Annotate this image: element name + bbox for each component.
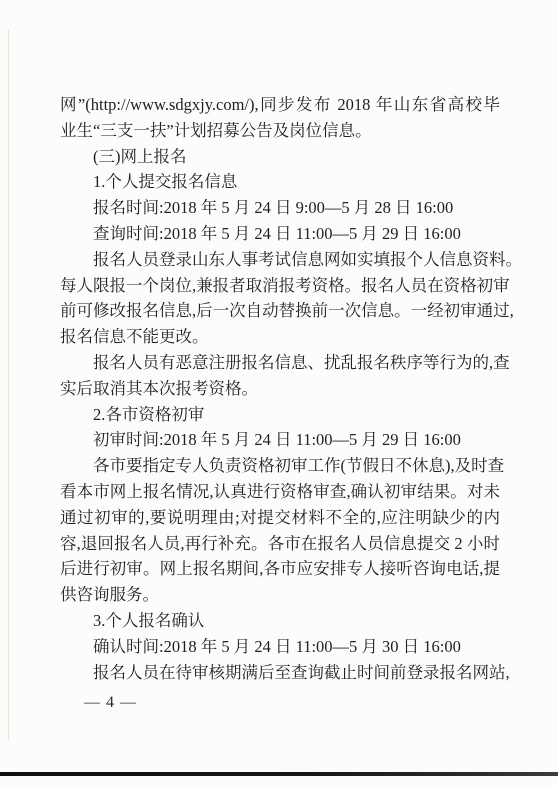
scanned-document-page: 网”(http://www.sdgxjy.com/),同步发布 2018 年山东… <box>0 0 558 786</box>
scan-fold-line <box>8 30 9 740</box>
text-line: 报名信息不能更改。 <box>60 324 500 350</box>
text-line: 后进行初审。网上报名期间,各市应安排专人接听咨询电话,提 <box>60 556 500 582</box>
text-line: 报名人员在待审核期满后至查询截止时间前登录报名网站, <box>60 660 500 686</box>
text-line: 各市要指定专人负责资格初审工作(节假日不休息),及时查 <box>60 453 500 479</box>
text-line: 实后取消其本次报考资格。 <box>60 376 500 402</box>
section-heading: (三)网上报名 <box>60 144 500 170</box>
text-line: 查询时间:2018 年 5 月 24 日 11:00—5 月 29 日 16:0… <box>60 221 500 247</box>
subsection-heading: 2.各市资格初审 <box>60 402 500 428</box>
text-line: 业生“三支一扶”计划招募公告及岗位信息。 <box>60 118 500 144</box>
document-body-text: 网”(http://www.sdgxjy.com/),同步发布 2018 年山东… <box>60 92 500 685</box>
text-line: 初审时间:2018 年 5 月 24 日 11:00—5 月 29 日 16:0… <box>60 427 500 453</box>
text-line: 报名时间:2018 年 5 月 24 日 9:00—5 月 28 日 16:00 <box>60 195 500 221</box>
text-line: 通过初审的,要说明理由;对提交材料不全的,应注明缺少的内 <box>60 505 500 531</box>
subsection-heading: 3.个人报名确认 <box>60 608 500 634</box>
scan-bottom-edge-line <box>0 772 558 776</box>
subsection-heading: 1.个人提交报名信息 <box>60 169 500 195</box>
text-line: 报名人员登录山东人事考试信息网如实填报个人信息资料。 <box>60 247 500 273</box>
text-line: 确认时间:2018 年 5 月 24 日 11:00—5 月 30 日 16:0… <box>60 634 500 660</box>
text-line: 前可修改报名信息,后一次自动替换前一次信息。一经初审通过, <box>60 298 500 324</box>
page-number: — 4 — <box>84 692 137 714</box>
text-line: 供咨询服务。 <box>60 582 500 608</box>
text-line: 网”(http://www.sdgxjy.com/),同步发布 2018 年山东… <box>60 92 500 118</box>
text-line: 每人限报一个岗位,兼报者取消报考资格。报名人员在资格初审 <box>60 273 500 299</box>
text-line: 看本市网上报名情况,认真进行资格审查,确认初审结果。对未 <box>60 479 500 505</box>
text-line: 容,退回报名人员,再行补充。各市在报名人员信息提交 2 小时 <box>60 531 500 557</box>
text-line: 报名人员有恶意注册报名信息、扰乱报名秩序等行为的,查 <box>60 350 500 376</box>
